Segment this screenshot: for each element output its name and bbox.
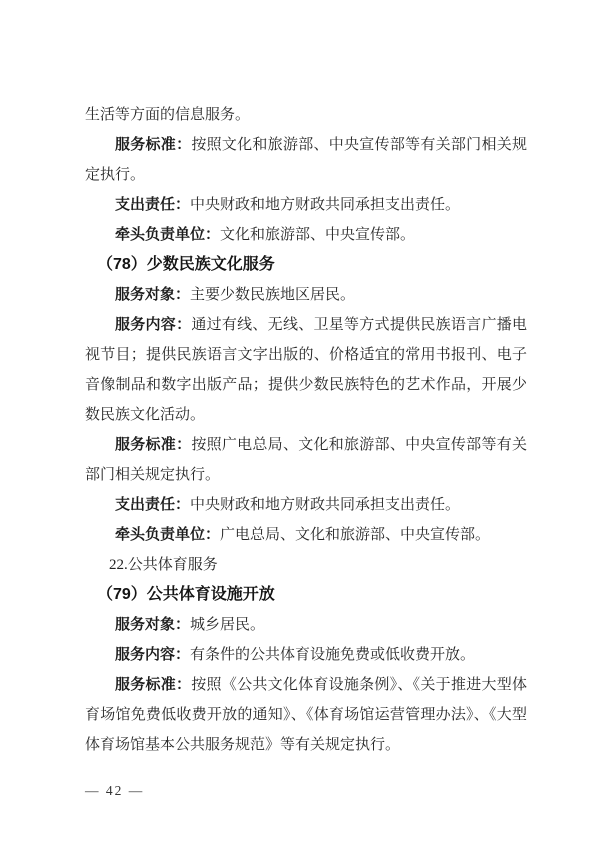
field-label: 支出责任： bbox=[115, 497, 190, 513]
service-paragraph: 服务标准：按照《公共文化体育设施条例》、《关于推进大型体育场馆免费低收费开放的通… bbox=[85, 670, 527, 760]
field-label: 牵头负责单位： bbox=[115, 527, 220, 543]
field-label: 服务标准： bbox=[115, 137, 191, 153]
service-paragraph: 服务内容：通过有线、无线、卫星等方式提供民族语言广播电视节目；提供民族语言文字出… bbox=[85, 310, 527, 430]
field-label: 服务对象： bbox=[115, 617, 190, 633]
field-label: 服务标准： bbox=[115, 437, 191, 453]
field-label: 支出责任： bbox=[115, 197, 190, 213]
field-label: 服务内容： bbox=[115, 647, 190, 663]
service-paragraph: 服务对象：城乡居民。 bbox=[85, 610, 527, 640]
service-paragraph: 服务标准：按照广电总局、文化和旅游部、中央宣传部等有关部门相关规定执行。 bbox=[85, 430, 527, 490]
service-paragraph: 服务标准：按照文化和旅游部、中央宣传部等有关部门相关规定执行。 bbox=[85, 130, 527, 190]
service-paragraph: 支出责任：中央财政和地方财政共同承担支出责任。 bbox=[85, 490, 527, 520]
service-paragraph: 服务内容：有条件的公共体育设施免费或低收费开放。 bbox=[85, 640, 527, 670]
field-label: 服务内容： bbox=[115, 317, 191, 333]
continuation-paragraph: 生活等方面的信息服务。 bbox=[85, 100, 527, 130]
field-label: 服务标准： bbox=[115, 677, 191, 693]
field-label: 牵头负责单位： bbox=[115, 227, 220, 243]
section-heading: （79）公共体育设施开放 bbox=[85, 580, 527, 610]
document-page: 生活等方面的信息服务。服务标准：按照文化和旅游部、中央宣传部等有关部门相关规定执… bbox=[0, 0, 610, 864]
field-label: 服务对象： bbox=[115, 287, 190, 303]
page-number: — 42 — bbox=[85, 783, 144, 799]
category-heading: 22.公共体育服务 bbox=[85, 550, 527, 580]
section-heading: （78）少数民族文化服务 bbox=[85, 250, 527, 280]
service-paragraph: 牵头负责单位：广电总局、文化和旅游部、中央宣传部。 bbox=[85, 520, 527, 550]
service-paragraph: 服务对象：主要少数民族地区居民。 bbox=[85, 280, 527, 310]
service-paragraph: 支出责任：中央财政和地方财政共同承担支出责任。 bbox=[85, 190, 527, 220]
document-body: 生活等方面的信息服务。服务标准：按照文化和旅游部、中央宣传部等有关部门相关规定执… bbox=[85, 100, 527, 760]
service-paragraph: 牵头负责单位：文化和旅游部、中央宣传部。 bbox=[85, 220, 527, 250]
